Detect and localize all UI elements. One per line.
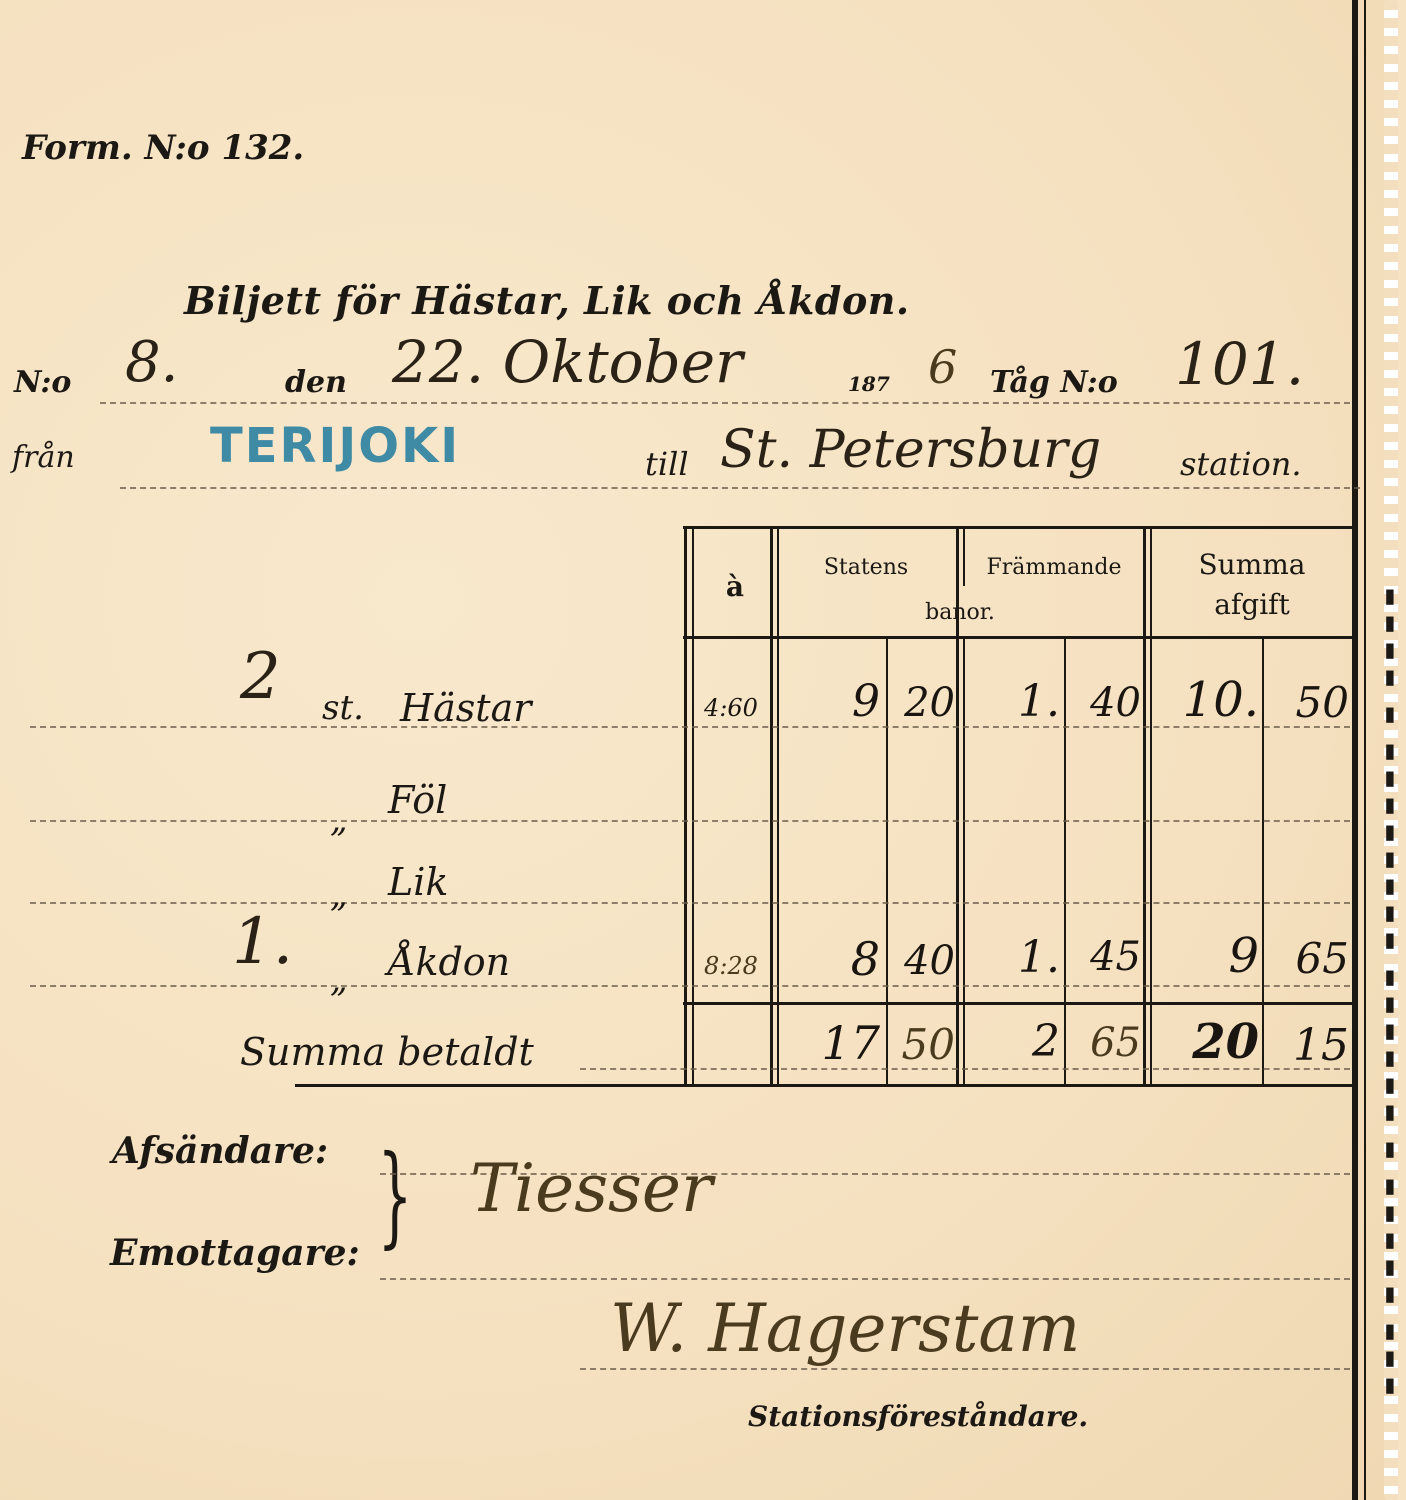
col-line (1064, 636, 1066, 1086)
side-counterfoil-text: ▮▮▮ ▮▮▮▮▮ ▮ ▮▮▮▮▮▮ ▮▮▮▮▮▮▮▮ ▮ ▮▮▮▮ (1378, 200, 1402, 1400)
receiver-label: Emottagare: (110, 1232, 360, 1274)
from-label: från (12, 440, 75, 475)
row-total-sub: 65 (1265, 934, 1349, 983)
header-total-sub: afgift (1152, 588, 1352, 621)
row-label: Åkdon (388, 940, 510, 984)
col-line (770, 526, 773, 1086)
table-sum-border (683, 1002, 1355, 1005)
col-line (777, 526, 779, 1086)
row-rate: 4:60 (694, 694, 768, 722)
dotted-line (580, 1368, 1350, 1370)
sender-label: Afsändare: (112, 1130, 328, 1172)
row-qty: 2 (240, 640, 281, 714)
row-dotted-line (30, 820, 1350, 822)
sum-total-sub: 15 (1265, 1020, 1349, 1071)
header-rate: à (700, 570, 770, 603)
brace-icon: } (378, 1140, 413, 1250)
header-total: Summa (1152, 548, 1352, 581)
row-label: Hästar (400, 686, 531, 730)
row-unit: „ (330, 800, 348, 840)
row-dotted-line (30, 726, 1350, 728)
row-dotted-line (30, 902, 1350, 904)
col-line (963, 636, 965, 1086)
right-border-thin (1364, 0, 1366, 1500)
sum-total-main: 20 (1153, 1014, 1259, 1070)
to-label: till (645, 445, 689, 483)
row-state-sub: 40 (889, 938, 955, 984)
row-foreign-sub: 45 (1067, 934, 1141, 980)
col-line (963, 526, 965, 586)
row-dotted-line (30, 985, 1350, 987)
row-qty: 1. (232, 905, 293, 979)
form-number: Form. N:o 132. (22, 128, 304, 168)
date-label: den (285, 365, 347, 400)
sum-label: Summa betaldt (240, 1030, 534, 1074)
table-bottom-border (295, 1084, 1355, 1087)
departure-station-stamp: TERIJOKI (210, 418, 460, 474)
col-line (1262, 636, 1264, 1086)
row-unit: „ (330, 960, 348, 1000)
destination-station-value: St. Petersburg (720, 420, 1101, 480)
row-total-main: 9 (1153, 928, 1259, 984)
ticket-number-value: 8. (125, 330, 178, 395)
sum-foreign-main: 2 (966, 1016, 1060, 1067)
row-label: Föl (388, 778, 447, 822)
year-prefix: 187 (848, 372, 890, 396)
ticket-title: Biljett för Hästar, Lik och Åkdon. (184, 278, 910, 323)
sum-foreign-sub: 65 (1067, 1020, 1141, 1066)
header-state-lines: Statens (780, 555, 952, 580)
stationmaster-signature: W. Hagerstam (610, 1290, 1080, 1367)
col-line (692, 526, 694, 1086)
date-value: 22. Oktober (392, 328, 743, 396)
year-value: 6 (928, 340, 957, 394)
row-state-main: 9 (780, 676, 880, 727)
col-line (886, 636, 888, 1086)
ticket-paper (0, 0, 1390, 1500)
dotted-line (120, 487, 1360, 489)
table-header-border (683, 636, 1355, 639)
train-number-value: 101. (1175, 330, 1304, 398)
signature-title: Stationsföreståndare. (748, 1400, 1088, 1433)
row-foreign-main: 1. (966, 932, 1060, 983)
right-border-thick (1352, 0, 1358, 1500)
row-unit: st. (322, 688, 364, 728)
col-line (684, 526, 687, 1086)
dotted-line (380, 1278, 1350, 1280)
row-label: Lik (388, 860, 448, 904)
party-name: Tiesser (470, 1150, 713, 1227)
dotted-line (100, 402, 1350, 404)
train-label: Tåg N:o (990, 365, 1118, 400)
row-rate: 8:28 (694, 952, 768, 980)
header-lines: banor. (780, 600, 1140, 625)
row-state-sub: 20 (889, 680, 955, 726)
row-unit: „ (330, 875, 348, 915)
row-total-sub: 50 (1265, 678, 1349, 727)
header-foreign-lines: Främmande (968, 555, 1140, 580)
row-state-main: 8 (780, 932, 880, 986)
number-label: N:o (14, 365, 71, 400)
sum-state-sub: 50 (889, 1020, 955, 1069)
row-total-main: 10. (1153, 672, 1259, 728)
row-foreign-sub: 40 (1067, 680, 1141, 726)
sum-state-main: 17 (780, 1016, 880, 1070)
row-foreign-main: 1. (966, 676, 1060, 727)
table-top-border (683, 526, 1355, 529)
station-label: station. (1180, 445, 1302, 483)
col-line (1143, 526, 1146, 1086)
